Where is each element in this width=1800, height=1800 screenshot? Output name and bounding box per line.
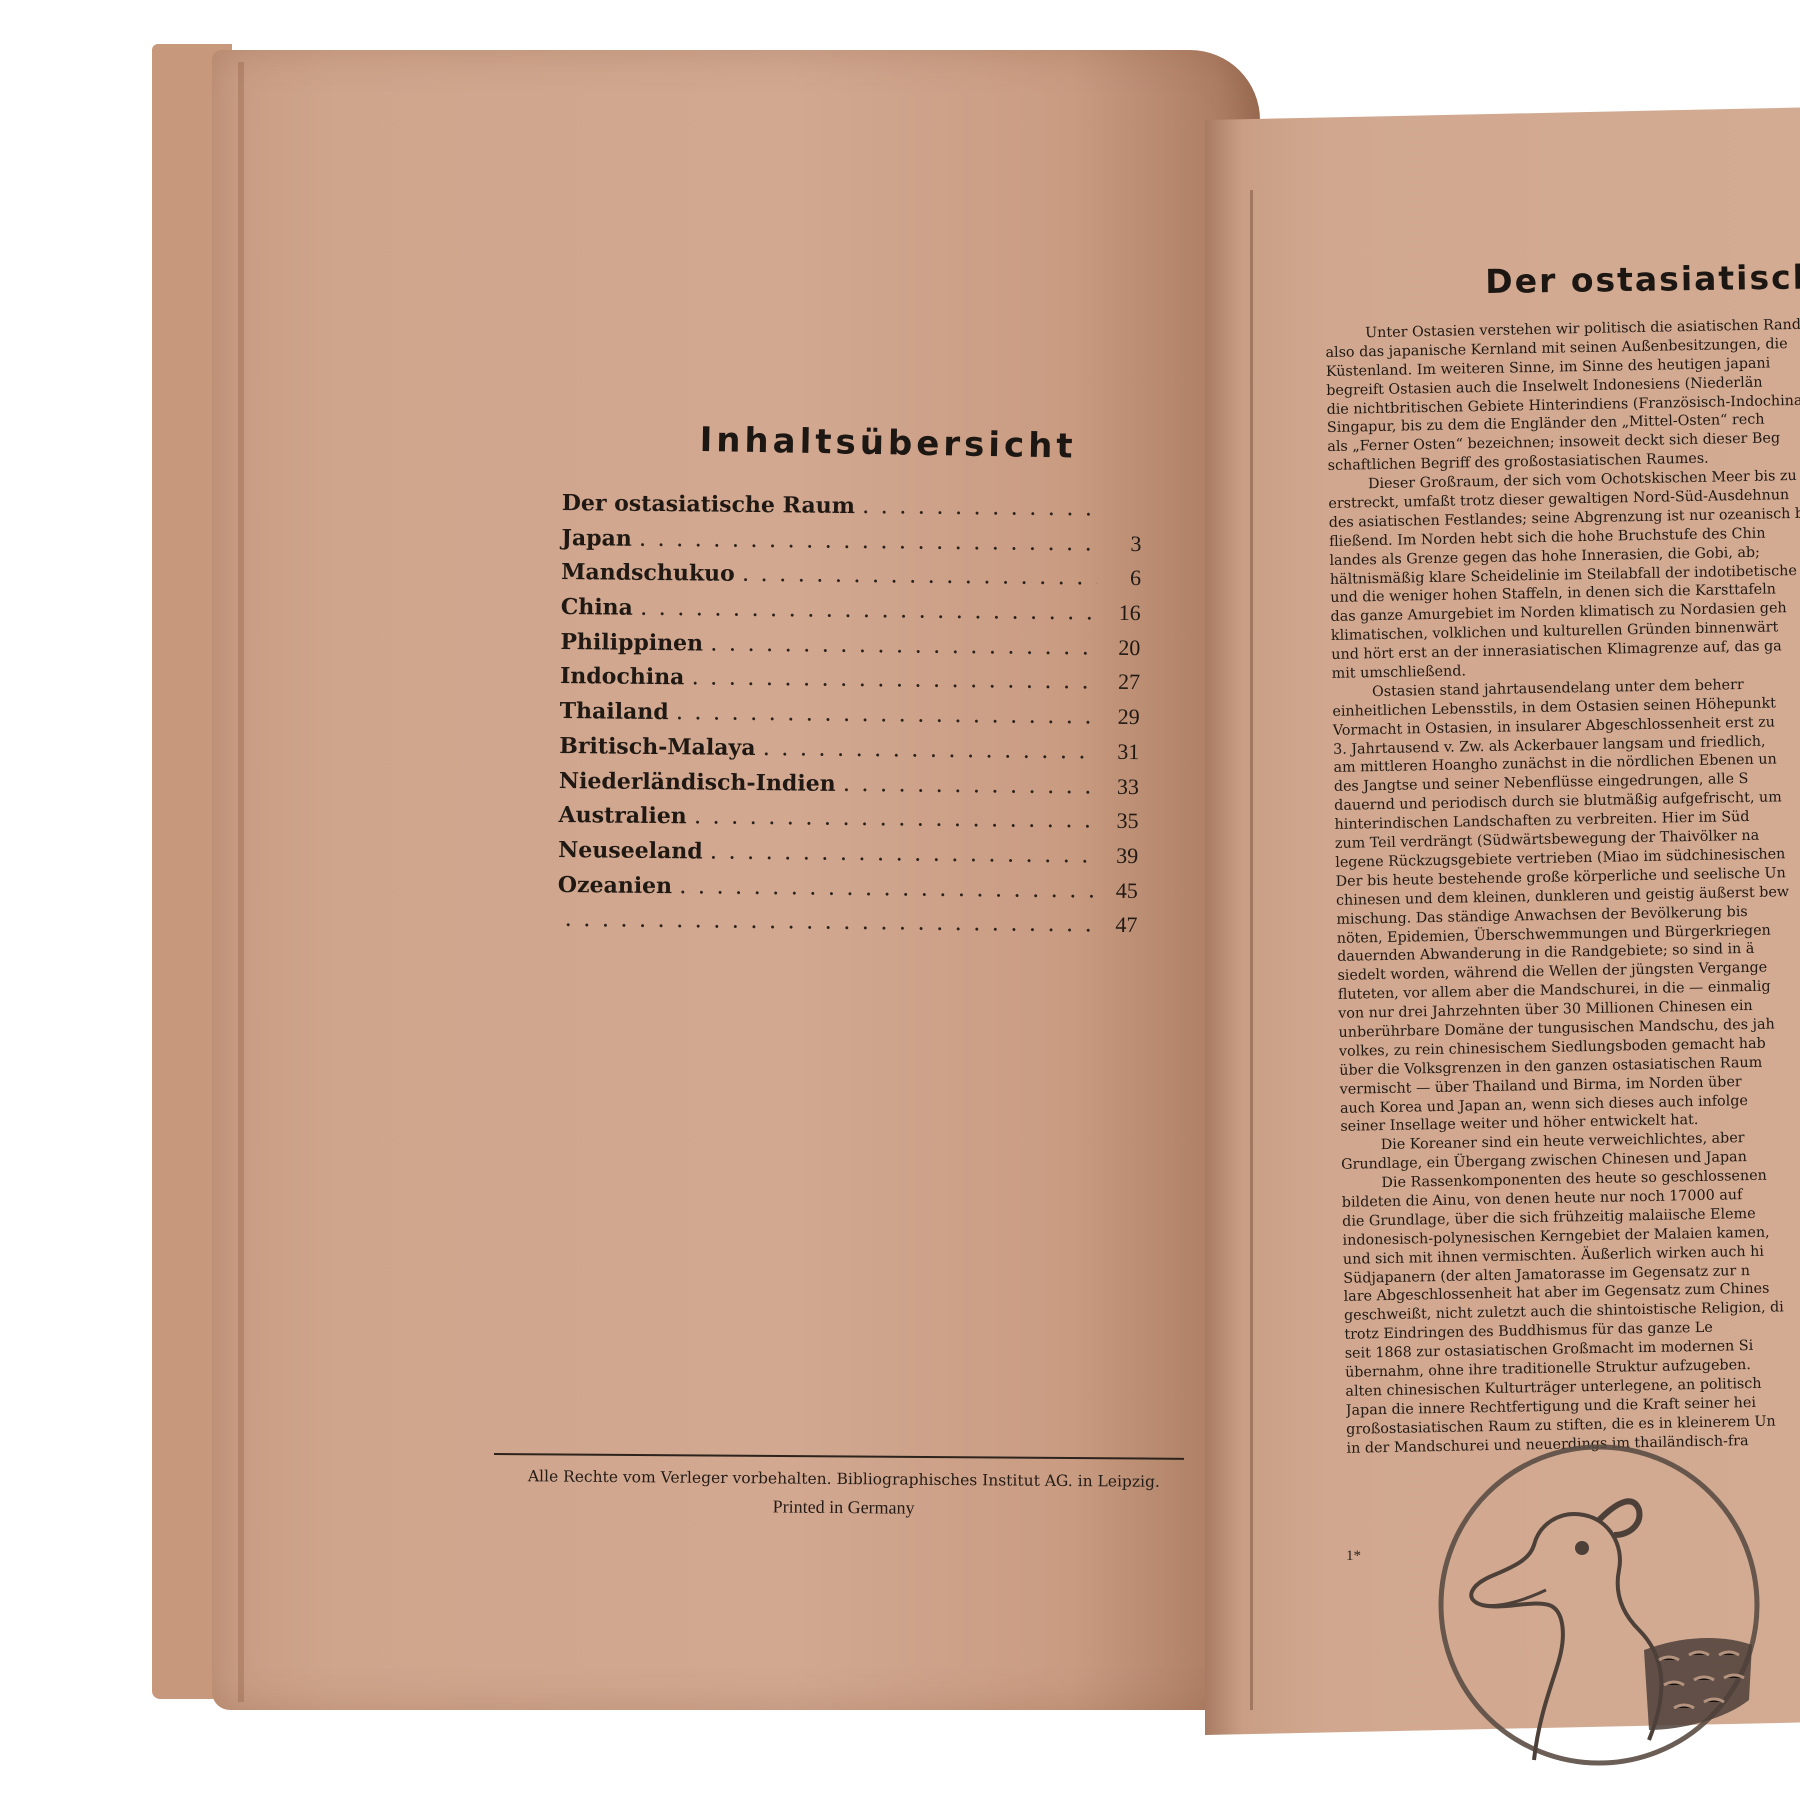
toc-entry-label: Mandschukuo (561, 559, 735, 587)
toc-leader-dots: ........................................… (677, 704, 1096, 727)
toc-leader-dots: ........................................… (640, 531, 1098, 555)
toc-entry-label: Niederländisch-Indien (559, 767, 836, 796)
toc-leader-dots: ........................................… (641, 600, 1097, 624)
toc-entry-page: 39 (1102, 843, 1138, 869)
toc-entry-label: Neuseeland (558, 837, 703, 865)
signature-mark: 1* (1346, 1548, 1361, 1565)
toc-leader-dots: ........................................… (680, 878, 1094, 901)
toc-entry-label: Australien (558, 802, 686, 829)
toc-entry-page: 35 (1102, 808, 1138, 834)
toc-leader-dots: ........................................… (695, 809, 1095, 832)
toc-entry-label: Thailand (560, 698, 669, 725)
toc-entry-page: 3 (1105, 530, 1141, 556)
toc-entry-page: 31 (1103, 738, 1139, 764)
toc-entry-label: Britisch-Malaya (559, 733, 755, 761)
toc-entry-page: 45 (1102, 877, 1138, 903)
book-photo: Inhaltsübersicht Der ostasiatische Raum.… (0, 0, 1800, 1800)
toc-leader-dots: ........................................… (743, 566, 1098, 589)
toc-title: Inhaltsübersicht (699, 420, 1077, 467)
table-of-contents: Der ostasiatische Raum..................… (557, 490, 1142, 947)
chapter-title: Der ostasiatisch (1485, 257, 1800, 301)
toc-entry-page: 6 (1105, 565, 1141, 591)
toc-entry-label: China (561, 594, 633, 621)
imprint-footer: Alle Rechte vom Verleger vorbehalten. Bi… (494, 1462, 1194, 1524)
duck-head-logo-icon (1434, 1440, 1764, 1770)
toc-entry-label: Der ostasiatische Raum (562, 490, 855, 519)
toc-entry-page: 16 (1105, 600, 1141, 626)
book-spine (1250, 190, 1253, 1710)
toc-leader-dots: ........................................… (763, 740, 1095, 762)
chapter-body-text: Unter Ostasien verstehen wir politisch d… (1325, 315, 1800, 1459)
toc-entry-page: 29 (1104, 704, 1140, 730)
toc-leader-dots: ........................................… (692, 670, 1096, 693)
toc-leader-dots: ........................................… (711, 843, 1095, 866)
toc-entry-label: Philippinen (560, 629, 703, 656)
toc-leader-dots: ........................................… (863, 498, 1098, 519)
toc-entry-page: 33 (1103, 773, 1139, 799)
toc-leader-dots: ........................................… (711, 635, 1096, 658)
toc-entry-label: Ozeanien (558, 872, 673, 899)
toc-entry-label: Japan (561, 525, 632, 552)
left-page-fold (238, 62, 244, 1702)
toc-entry-page: 47 (1101, 912, 1137, 938)
toc-entry: ........................................… (557, 906, 1137, 947)
toc-entry-page: 27 (1104, 669, 1140, 695)
toc-leader-dots: ........................................… (565, 911, 1093, 936)
toc-leader-dots: ........................................… (844, 775, 1095, 797)
toc-entry-label: Indochina (560, 663, 685, 690)
toc-entry-page: 20 (1104, 634, 1140, 660)
